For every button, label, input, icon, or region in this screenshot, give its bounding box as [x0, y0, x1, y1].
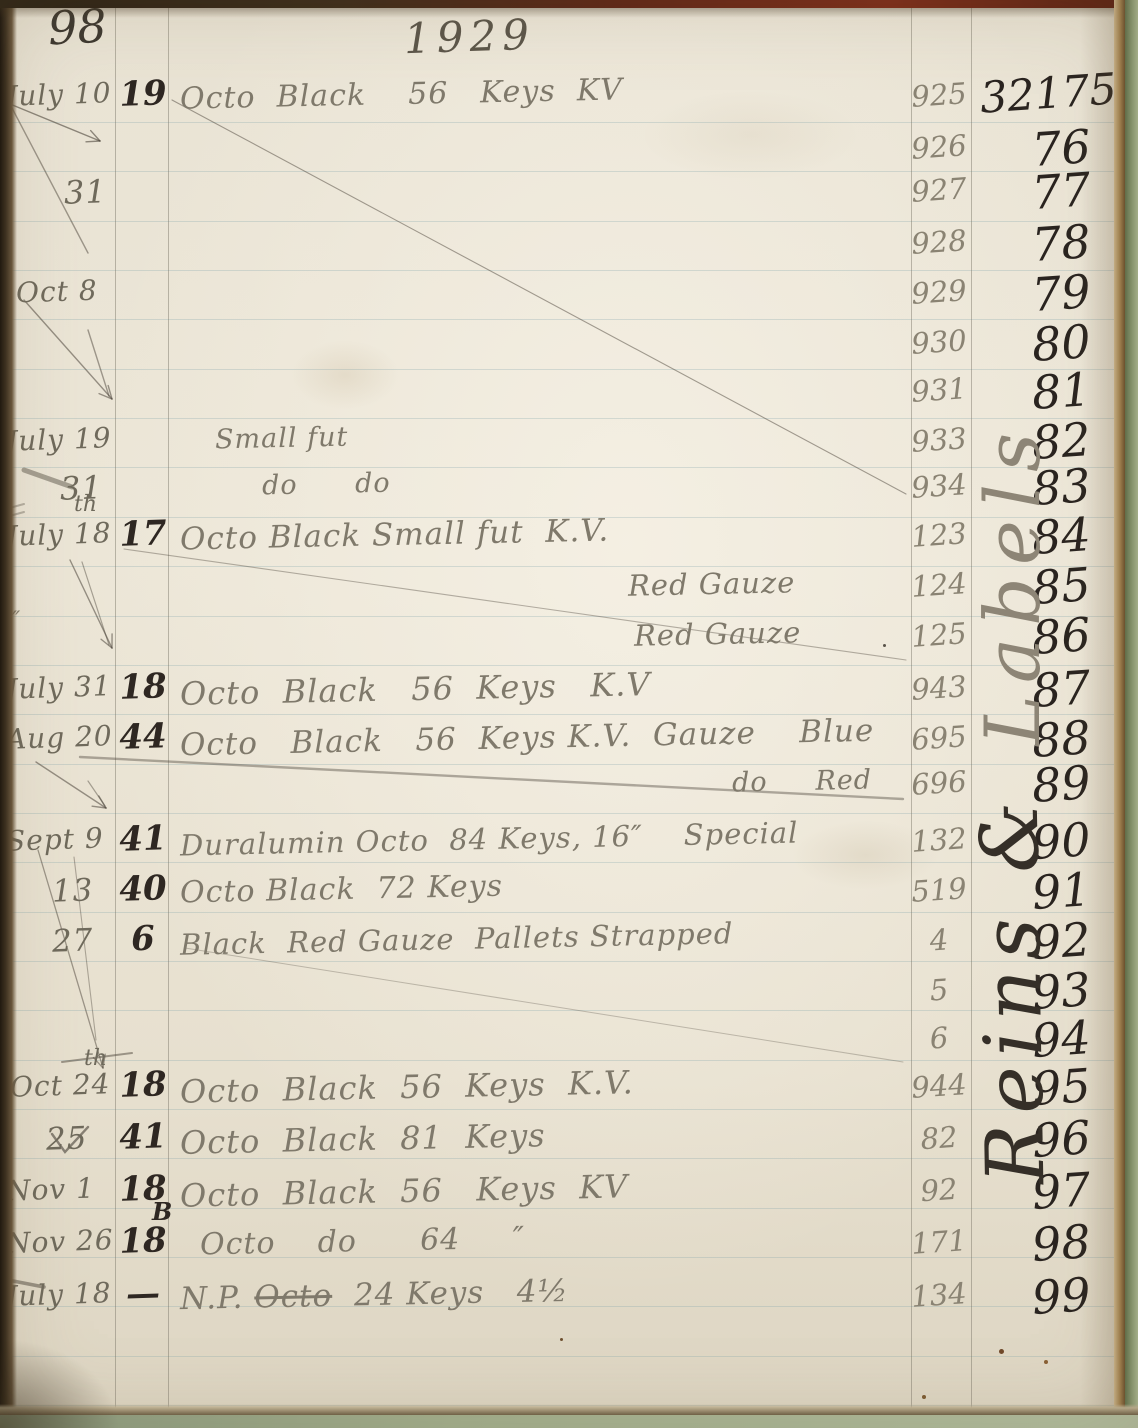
entry-quantity: 17 [115, 516, 170, 552]
ledger-row: Red Gauze12485 [0, 565, 1138, 617]
entry-date: 13 [51, 875, 94, 907]
ledger-row: 93181 [0, 370, 1138, 422]
entry-serial: 695 [907, 722, 971, 755]
entry-serial: 933 [907, 424, 971, 457]
ledger-row: Oct 2418Octo Black 56 Keys K.V.94495 [0, 1066, 1138, 1118]
entry-serial: 92 [907, 1174, 971, 1207]
ink-speck [560, 1338, 563, 1341]
entry-date: Nov 1 [6, 1174, 96, 1205]
struck-text: Octo [254, 1278, 333, 1316]
entry-description: Octo Black 56 Keys KV [180, 75, 623, 114]
entry-serial: 928 [907, 226, 971, 259]
ledger-row: July 1019Octo Black 56 Keys KV92532175 [0, 75, 1138, 127]
ink-speck [922, 1395, 926, 1399]
entry-serial: 930 [907, 326, 971, 359]
entry-description: do Red [732, 767, 873, 797]
entry-quantity: — [115, 1276, 170, 1312]
entry-serial: 934 [907, 470, 971, 503]
entry-date: Aug 20 [6, 722, 114, 754]
entry-serial: 943 [907, 672, 971, 705]
ledger-row: July 3118Octo Black 56 Keys K.V94387 [0, 668, 1138, 720]
table-surface [0, 1415, 1138, 1428]
ledger-row: Red Gauze12586 [0, 615, 1138, 667]
entry-date: July 19 [6, 424, 112, 456]
entry-quantity: 18 [115, 1067, 170, 1103]
ledger-row: July 18—N.P. Octo 24 Keys 4½13499 [0, 1275, 1138, 1327]
entry-description: Octo do 64 ″ [200, 1224, 526, 1261]
ledger-row: 31do do93483 [0, 466, 1138, 518]
entry-quantity: 41 [115, 821, 170, 857]
entry-serial: 696 [907, 767, 971, 800]
ledger-row: 1340Octo Black 72 Keys51991 [0, 870, 1138, 922]
ledger-row: 3192777 [0, 170, 1138, 222]
entry-serial: 929 [907, 276, 971, 309]
ledger-row: 593 [0, 970, 1138, 1022]
ledger-row: Sept 941Duralumin Octo 84 Keys, 16″ Spec… [0, 820, 1138, 872]
entry-description: Octo Black 81 Keys [180, 1119, 546, 1159]
corner-shadow [0, 1338, 120, 1428]
entry-serial: 926 [907, 131, 971, 164]
entry-date: Oct 8 [16, 277, 99, 308]
entry-quantity: 18 [115, 669, 170, 705]
entry-serial: 927 [907, 174, 971, 207]
ledger-page: 98 1929 July 1019Octo Black 56 Keys KV92… [0, 0, 1138, 1428]
entry-serial: 125 [907, 619, 971, 652]
entry-serial: 6 [907, 1022, 971, 1055]
entry-description: Octo Black 56 Keys K.V. Gauze Blue [180, 716, 875, 762]
entry-date: 25 [45, 1123, 88, 1155]
entry-date: July 18 [6, 519, 112, 551]
entry-description: do do [262, 470, 391, 500]
entry-serial: 4 [907, 924, 971, 957]
entry-description: Small fut [215, 424, 349, 454]
ledger-row: July 19Small fut93382 [0, 420, 1138, 472]
ledger-row: Oct 892979 [0, 272, 1138, 324]
entry-serial: 123 [907, 519, 971, 552]
ledger-row: do Red69689 [0, 763, 1138, 815]
entry-serial: 5 [907, 974, 971, 1007]
binding-edge [0, 0, 17, 1428]
entry-description: Red Gauze [634, 618, 802, 650]
ledger-row: 93080 [0, 322, 1138, 374]
th-annotation-july31: th [74, 492, 97, 517]
entry-serial: 132 [907, 824, 971, 857]
ledger-row: 276Black Red Gauze Pallets Strapped492 [0, 920, 1138, 972]
entry-date: 27 [51, 925, 94, 957]
entry-serial: 931 [907, 374, 971, 407]
entry-date: July 18 [6, 1279, 112, 1311]
entry-quantity: 19 [115, 76, 170, 112]
entry-description: Octo Black 72 Keys [180, 872, 504, 909]
ledger-row: July 1817Octo Black Small fut K.V.12384 [0, 515, 1138, 567]
ledger-row: 694 [0, 1018, 1138, 1070]
entry-quantity: 40 [115, 871, 170, 907]
entry-serial: 944 [907, 1070, 971, 1103]
entry-quantity: 44 [115, 719, 170, 755]
ledger-row: Nov 2618BOcto do 64 ″17198 [0, 1222, 1138, 1274]
entry-date: 31 [63, 175, 107, 208]
entry-date: July 31 [6, 672, 112, 704]
entry-serial: 82 [907, 1122, 971, 1155]
entry-description: Octo Black 56 Keys KV [180, 1170, 629, 1211]
ledger-row: 92878 [0, 222, 1138, 274]
entry-serial: 925 [907, 79, 971, 112]
entry-quantity-note: B [152, 1200, 172, 1224]
book-top-edge [0, 0, 1138, 8]
ledger-row: 2541Octo Black 81 Keys8296 [0, 1118, 1138, 1170]
entry-description: Octo Black Small fut K.V. [180, 516, 610, 556]
entry-quantity: 6 [115, 921, 170, 957]
th-annotation-oct24: th [84, 1046, 107, 1071]
book-cover-edge [1125, 0, 1138, 1428]
entry-serial: 519 [907, 874, 971, 907]
entry-serial: 171 [907, 1226, 971, 1259]
page-curl-shadow [1080, 0, 1114, 1428]
entry-serial: 124 [907, 569, 971, 602]
entry-description: Duralumin Octo 84 Keys, 16″ Special [180, 819, 799, 861]
entry-description: N.P. Octo 24 Keys 4½ [180, 1276, 569, 1315]
book-top-shadow [0, 8, 1138, 18]
page-right-edge [1114, 0, 1125, 1428]
entry-description: Octo Black 56 Keys K.V [180, 668, 651, 710]
entry-date: July 10 [6, 79, 112, 111]
entry-quantity: 18 [115, 1223, 170, 1259]
entry-description: Red Gauze [628, 568, 796, 600]
entry-description: Octo Black 56 Keys K.V. [180, 1066, 634, 1107]
ink-speck [999, 1349, 1004, 1354]
entry-quantity: 41 [115, 1119, 170, 1155]
page-bottom-edge [0, 1404, 1138, 1415]
entry-date: Nov 26 [6, 1226, 115, 1258]
pencil-dot [883, 644, 886, 647]
entry-date: Sept 9 [6, 824, 105, 855]
ruled-line [0, 1356, 1138, 1357]
entry-serial: 134 [907, 1279, 971, 1312]
ink-speck [1044, 1360, 1048, 1364]
entry-description: Black Red Gauze Pallets Strapped [180, 919, 734, 960]
entry-date: Oct 24 [10, 1070, 111, 1101]
